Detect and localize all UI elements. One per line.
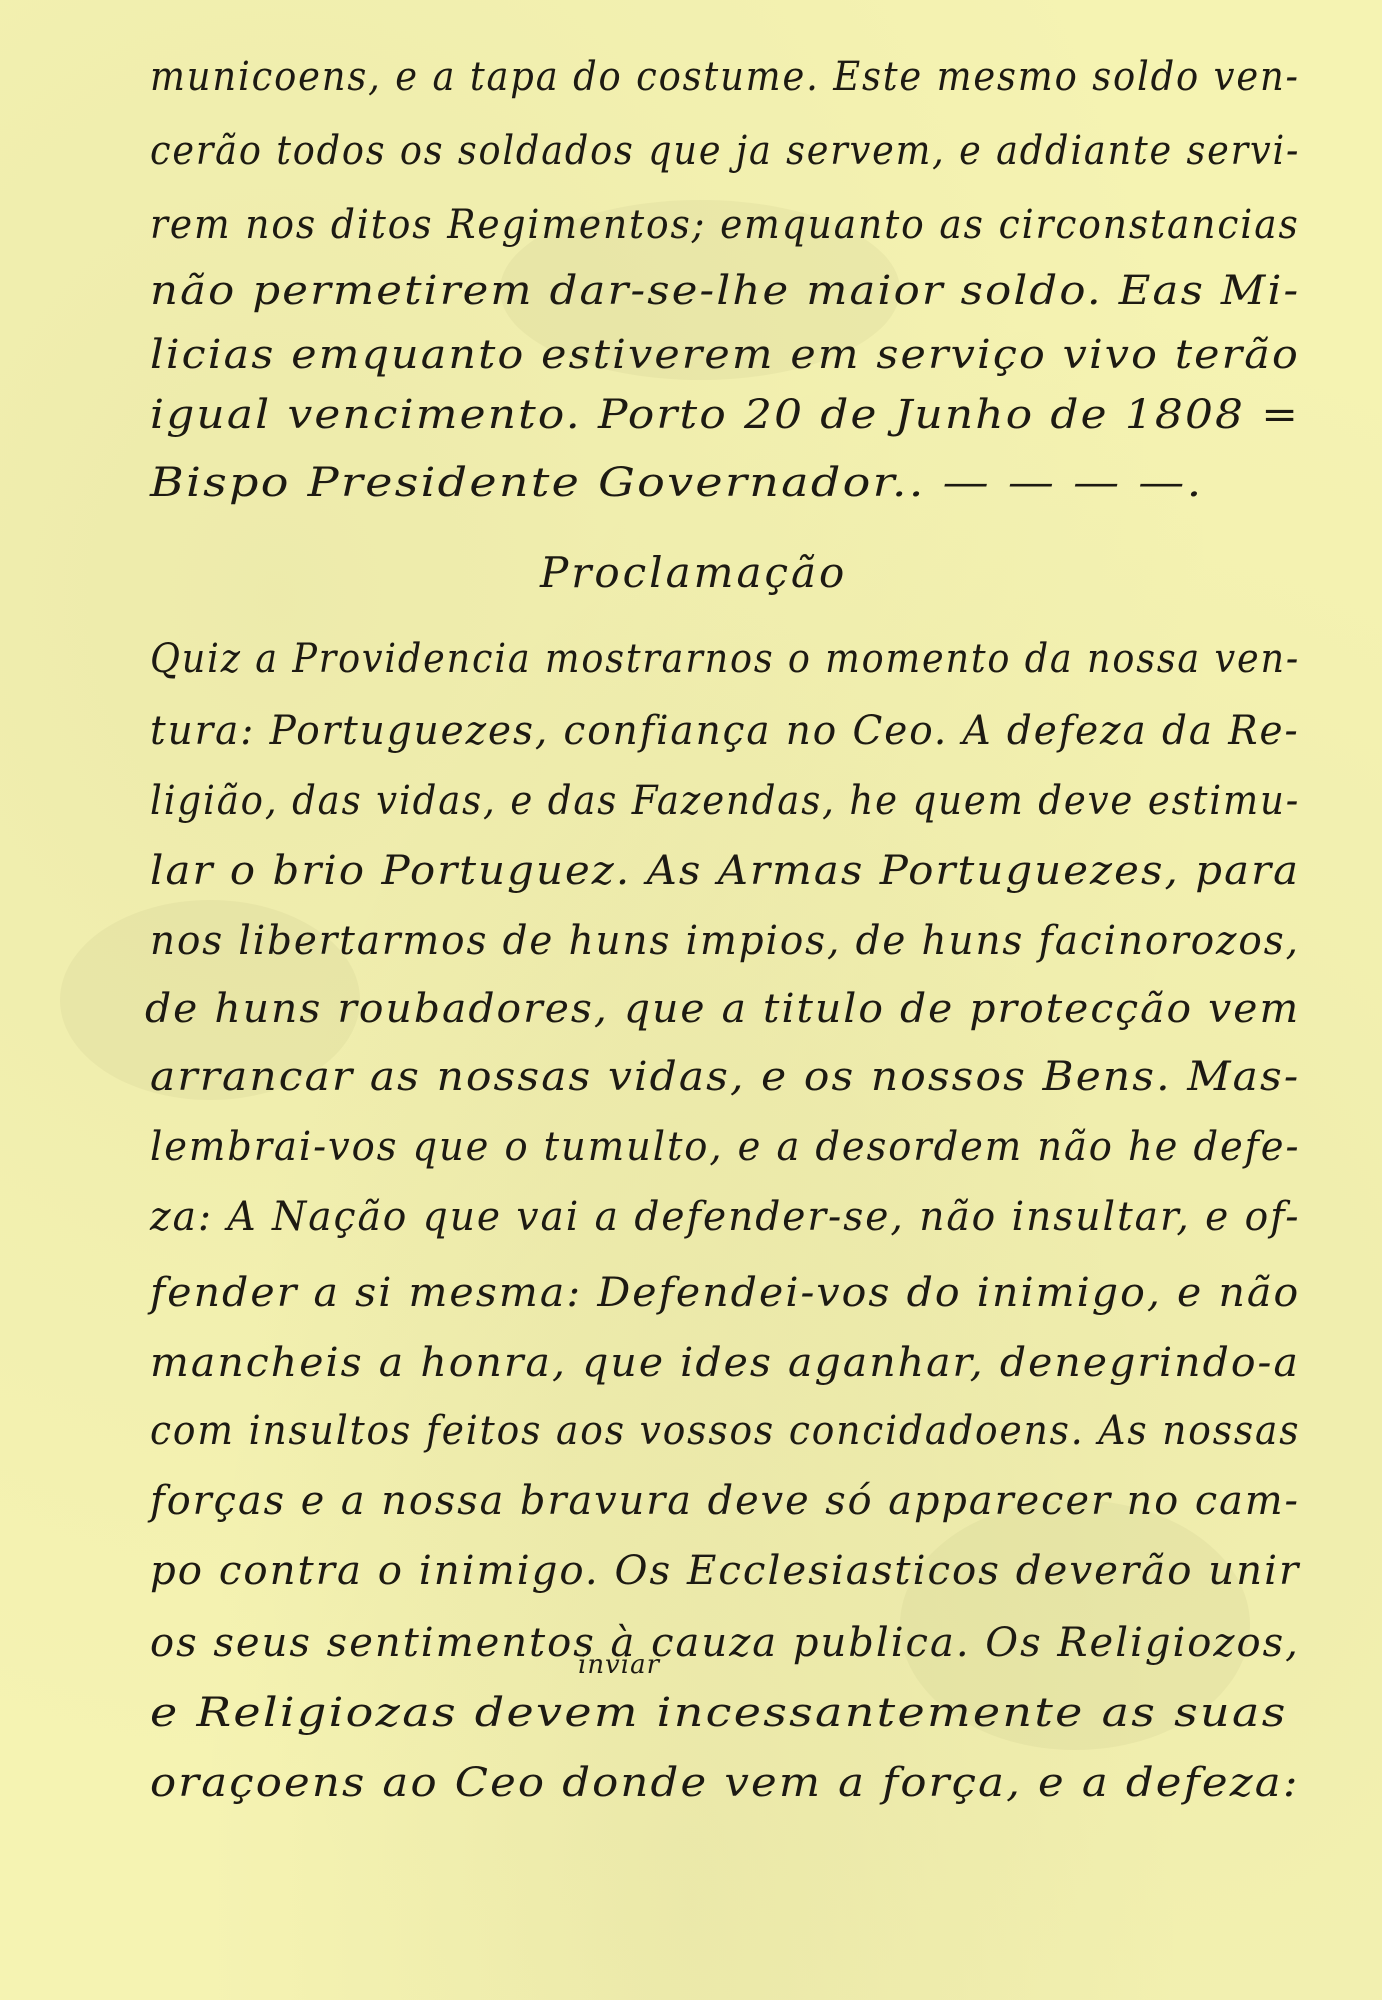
manuscript-line: forças e a nossa bravura deve só apparec… (150, 1478, 1300, 1524)
manuscript-line: igual vencimento. Porto 20 de Junho de 1… (150, 392, 1300, 438)
manuscript-line: municoens, e a tapa do costume. Este mes… (150, 54, 1300, 100)
manuscript-line: não permetirem dar-se-lhe maior soldo. E… (150, 268, 1300, 314)
manuscript-line: rem nos ditos Regimentos; emquanto as ci… (150, 202, 1300, 248)
manuscript-line: arrancar as nossas vidas, e os nossos Be… (150, 1054, 1300, 1100)
manuscript-line: lembrai-vos que o tumulto, e a desordem … (150, 1124, 1300, 1170)
manuscript-line: e Religiozas devem incessantemente as su… (150, 1690, 1288, 1736)
manuscript-line: cerão todos os soldados que ja servem, e… (150, 128, 1300, 174)
interlinear-insertion: inviar (578, 1650, 660, 1680)
manuscript-line: os seus sentimentos à cauza publica. Os … (150, 1620, 1300, 1666)
manuscript-line: licias emquanto estiverem em serviço viv… (150, 332, 1300, 378)
manuscript-line-signature: Bispo Presidente Governador.. — — — —. (150, 460, 1204, 506)
manuscript-line: tura: Portuguezes, confiança no Ceo. A d… (150, 708, 1300, 754)
manuscript-line: mancheis a honra, que ides aganhar, dene… (150, 1340, 1300, 1386)
manuscript-line: Quiz a Providencia mostrarnos o momento … (150, 636, 1300, 682)
manuscript-page: municoens, e a tapa do costume. Este mes… (0, 0, 1382, 2000)
manuscript-line: nos libertarmos de huns impios, de huns … (150, 918, 1300, 964)
manuscript-line: po contra o inimigo. Os Ecclesiasticos d… (150, 1548, 1300, 1594)
manuscript-line: za: A Nação que vai a defender-se, não i… (150, 1194, 1300, 1240)
proclamation-heading: Proclamação (540, 548, 847, 597)
manuscript-line: ligião, das vidas, e das Fazendas, he qu… (150, 778, 1300, 824)
manuscript-line: lar o brio Portuguez. As Armas Portuguez… (150, 848, 1300, 894)
manuscript-line: oraçoens ao Ceo donde vem a força, e a d… (150, 1760, 1300, 1806)
manuscript-line: com insultos feitos aos vossos concidado… (150, 1408, 1300, 1454)
manuscript-line: fender a si mesma: Defendei-vos do inimi… (150, 1270, 1300, 1316)
manuscript-line: de huns roubadores, que a titulo de prot… (145, 986, 1300, 1032)
